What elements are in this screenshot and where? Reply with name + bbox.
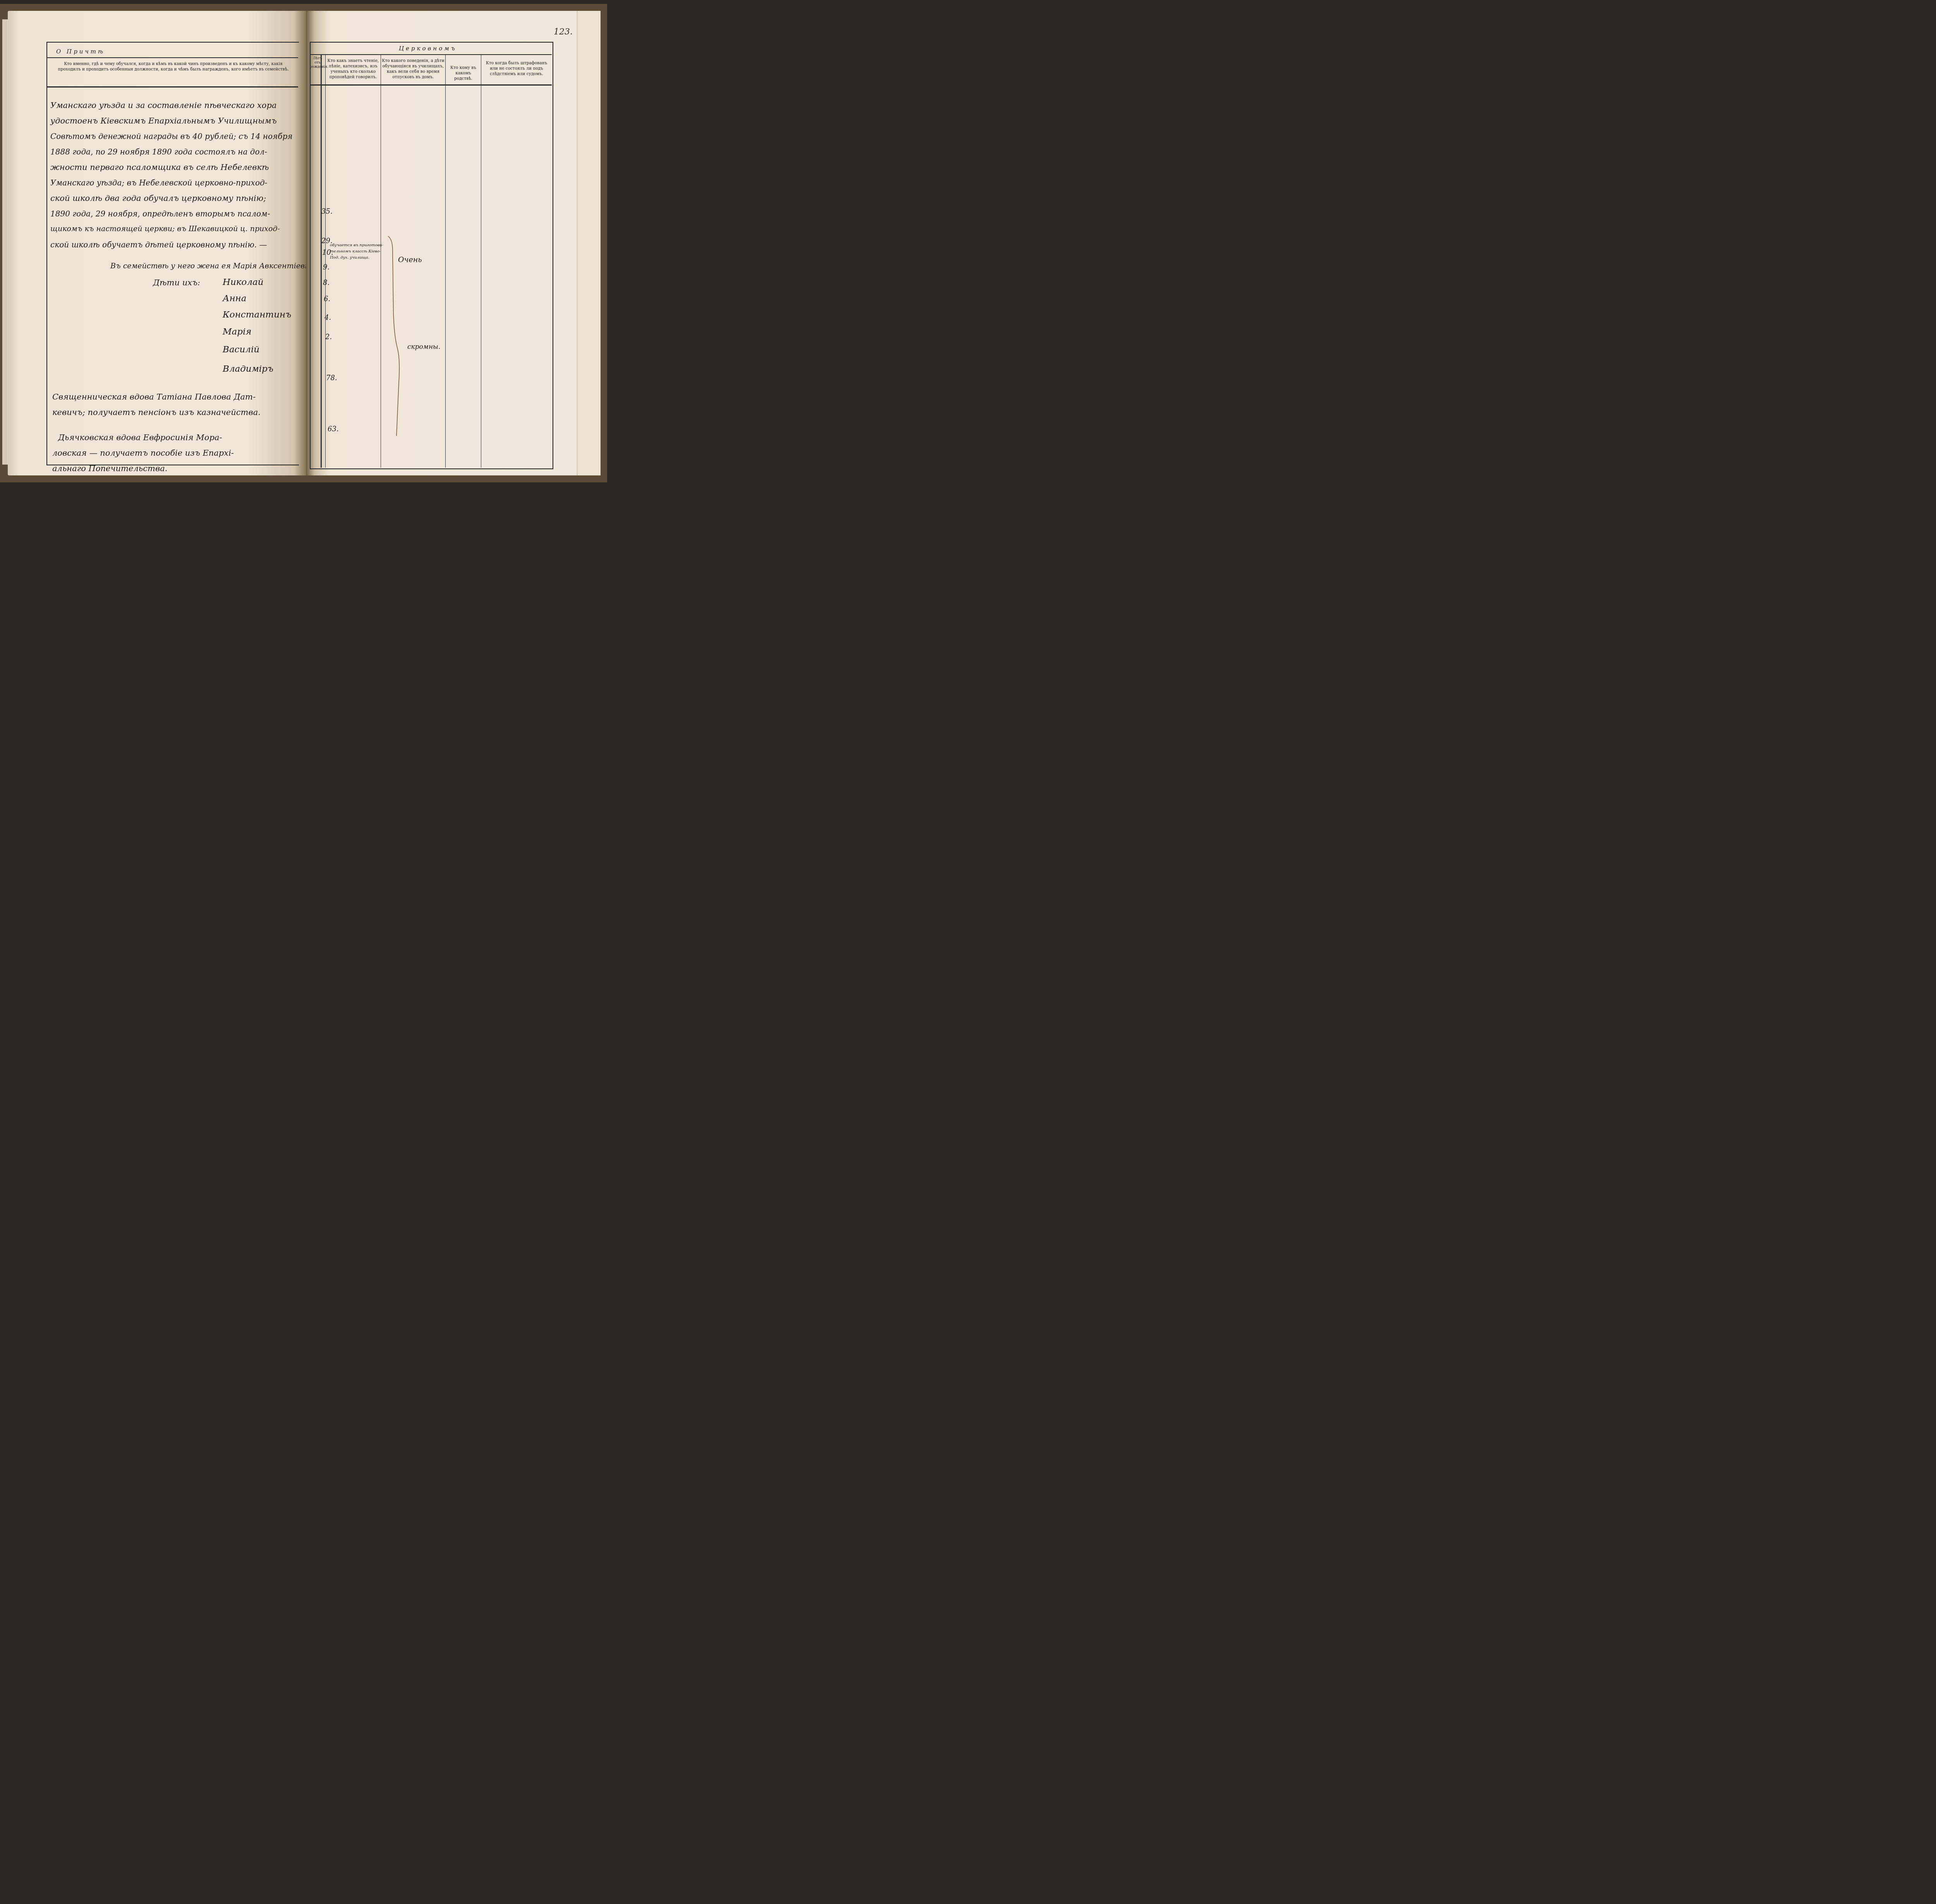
age-value: 78. [326, 374, 337, 382]
family-intro: Въ семействѣ у него жена ея Марія Авксен… [110, 262, 314, 270]
column-divider [481, 54, 481, 468]
column-divider [325, 54, 326, 468]
education-note: Под. дух. училища. [330, 256, 369, 260]
column-header-penalties: Кто когда былъ штрафованъ или не состоял… [482, 60, 551, 77]
column-divider [381, 54, 381, 468]
page-number: 123. [554, 27, 573, 37]
widow-entry-line: Дьячковская вдова Евфросинія Мора- [58, 433, 222, 442]
header-rule [310, 54, 552, 55]
child-name: Марія [223, 327, 252, 337]
column-header-age: Лѣтъ отъ рожденія. [310, 57, 325, 69]
widow-entry-line: кевичъ; получаетъ пенсіонъ изъ казначейс… [52, 408, 261, 417]
column-header-knowledge: Кто какъ знаетъ чтеніе, пѣніе, катехизис… [326, 58, 380, 80]
column-divider [321, 54, 322, 468]
entry-line: ской школѣ обучаетъ дѣтей церковному пѣн… [50, 240, 267, 249]
brace-line [387, 235, 403, 437]
child-name: Владиміръ [223, 364, 273, 374]
column-header-behavior: Кто какого поведенія, а дѣти обучающіяся… [381, 58, 445, 80]
child-name: Константинъ [223, 310, 291, 320]
column-divider [445, 54, 446, 468]
left-page: О Причтѣ Кто именно, гдѣ и чему обучался… [8, 11, 306, 475]
right-section-title: Церковномъ [399, 45, 457, 52]
entry-line: Уманскаго уѣзда и за составленіе пѣвческ… [50, 101, 276, 110]
behavior-note: скромны. [407, 343, 440, 351]
paper-insert [577, 11, 601, 475]
age-value: 63. [328, 425, 339, 433]
age-value: 8. [323, 279, 330, 287]
header-bottom-rule [46, 86, 298, 87]
age-value: 4. [324, 314, 331, 322]
education-note: обучается въ приготови- [330, 243, 383, 247]
widow-entry-line: ловская — получаетъ пособіе изъ Епархі- [52, 448, 234, 458]
entry-line: 1888 года, по 29 ноября 1890 года состоя… [50, 147, 267, 156]
child-name: Анна [223, 293, 246, 304]
age-value: 2. [325, 333, 332, 341]
open-ledger-book: О Причтѣ Кто именно, гдѣ и чему обучался… [0, 4, 607, 482]
right-page: 123. Церковномъ Лѣтъ отъ рожденія. Кто к… [306, 11, 600, 475]
entry-line: щикомъ къ настоящей церкви; въ Шекавицко… [50, 225, 280, 233]
child-name: Николай [223, 277, 264, 287]
entry-line: жности перваго псаломщика въ селѣ Небеле… [50, 163, 269, 172]
age-value: 35. [321, 208, 333, 216]
entry-line: Совѣтомъ денежной награды въ 40 рублей; … [50, 132, 293, 141]
left-column-header: Кто именно, гдѣ и чему обучался, когда и… [52, 61, 294, 72]
widow-entry-line: Священническая вдова Татіана Павлова Дат… [52, 392, 256, 401]
entry-line: ской школѣ два года обучалъ церковному п… [50, 194, 266, 203]
entry-line: Уманскаго уѣзда; въ Небелевской церковно… [50, 178, 267, 187]
education-note: тельномъ классѣ Кіево- [330, 249, 381, 254]
age-value: 9. [323, 263, 330, 271]
entry-line: 1890 года, 29 ноября, опредѣленъ вторымъ… [50, 209, 270, 218]
header-rule [46, 57, 298, 58]
entry-line: удостоенъ Кіевскимъ Епархіальнымъ Училищ… [50, 116, 277, 125]
left-section-title: О Причтѣ [56, 48, 105, 55]
widow-entry-line: альнаго Попечительства. [52, 464, 167, 473]
age-value: 6. [324, 295, 330, 303]
column-header-relation: Кто кому въ какомъ родствѣ. [446, 65, 481, 81]
header-bottom-rule [310, 84, 552, 86]
child-name: Василій [223, 345, 259, 355]
children-label: Дѣти ихъ: [153, 278, 200, 287]
